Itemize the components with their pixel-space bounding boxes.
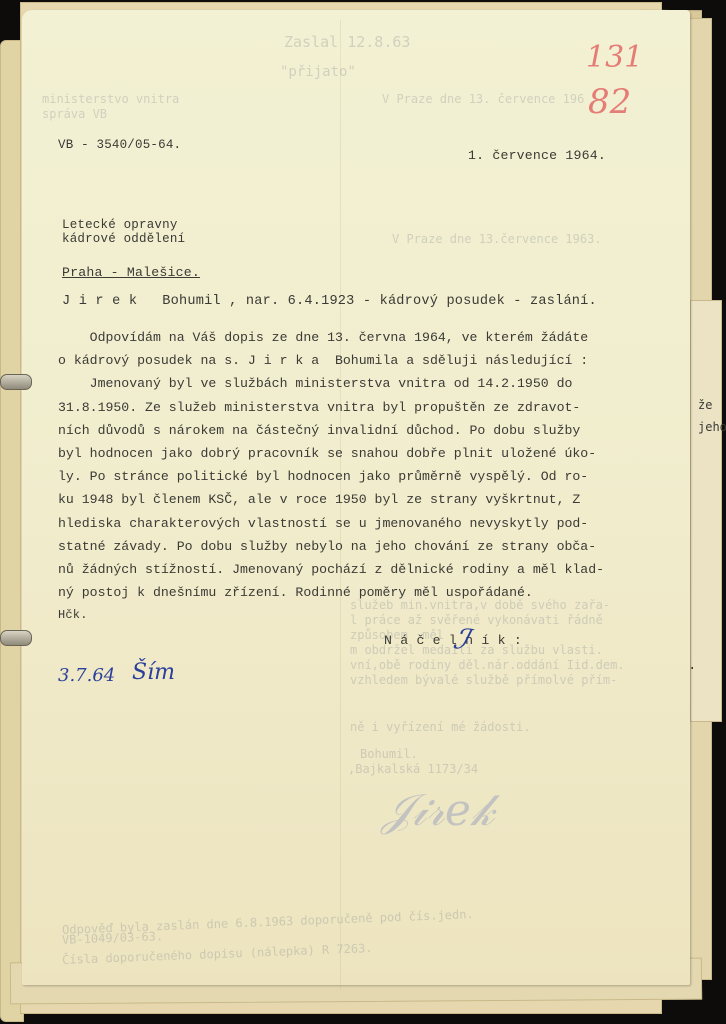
letter-date: 1. července 1964. [468, 148, 606, 163]
bleed-text: ně i vyřízení mé žádosti. [350, 720, 531, 735]
recipient-line-2: kádrové oddělení [62, 232, 185, 246]
binder-ring [0, 630, 32, 646]
body-line: ly. Po stránce politické byl hodnocen ja… [58, 469, 658, 492]
side-page-fragment: jeho [698, 420, 726, 434]
period-mark: . [688, 658, 697, 674]
bleed-text: VB-1049/03-63. [62, 929, 164, 948]
binder-ring [0, 374, 32, 390]
body-line: Odpovídám na Váš dopis ze dne 13. června… [58, 330, 658, 353]
body-line: ný postoj k dnešnímu zřízení. Rodinné po… [58, 585, 658, 608]
bleed-text: Zaslal 12.8.63 [284, 35, 410, 50]
bleed-text: Bohumil. [360, 747, 418, 762]
bleed-text: l práce až svěřené vykonávati řádně [350, 613, 603, 628]
bleed-signature: 𝒥𝒾𝓇𝑒𝓀 [382, 785, 495, 836]
body-line: o kádrový posudek na s. J i r k a Bohumi… [58, 353, 658, 376]
bleed-text: vní,obě rodiny děl.nár.oddání Iid.dem. [350, 658, 625, 673]
bleed-text: správa VB [42, 107, 107, 122]
folio-number-upper: 131 [586, 40, 643, 75]
reference-number: VB - 3540/05-64. [58, 138, 181, 152]
bleed-text: "přijato" [280, 65, 356, 80]
letter-page: Zaslal 12.8.63 "přijato" ministerstvo vn… [22, 10, 690, 985]
bleed-text: V Praze dne 13.července 1963. [392, 232, 602, 247]
body-line: hlediska charakterových vlastností se u … [58, 516, 658, 539]
subject-line: J i r e k Bohumil , nar. 6.4.1923 - kádr… [62, 294, 597, 309]
bleed-text: V Praze dne 13. července 196 [382, 92, 584, 107]
body-line: 31.8.1950. Ze služeb ministerstva vnitra… [58, 400, 658, 423]
recipient-city: Praha - Malešice. [62, 265, 200, 280]
bleed-text: ,Bajkalská 1173/34 [348, 762, 478, 777]
folio-number-lower: 82 [588, 82, 631, 122]
body-line: ních důvodů s nárokem na částečný invali… [58, 423, 658, 446]
body-line: ku 1948 byl členem KSČ, ale v roce 1950 … [58, 492, 658, 515]
letter-body: Odpovídám na Váš dopis ze dne 13. června… [58, 330, 658, 608]
body-line: byl hodnocen jako dobrý pracovník se sna… [58, 446, 658, 469]
body-line: statné závady. Po dobu služby nebylo na … [58, 539, 658, 562]
bleed-text: vzhledem bývalé službě přímolvé přím- [350, 673, 617, 688]
body-line: Jmenovaný byl ve službách ministerstva v… [58, 376, 658, 399]
scanned-document: že jeho Zaslal 12.8.63 "přijato" ministe… [0, 0, 726, 1024]
recipient-line-1: Letecké opravny [62, 218, 178, 232]
side-page-fragment: že [698, 398, 712, 412]
handwritten-initials: Ším [132, 660, 175, 685]
bleed-text: ministerstvo vnitra [42, 92, 179, 107]
typist-initials: Hčk. [58, 608, 88, 622]
body-line: nů žádných stížností. Jmenovaný pochází … [58, 562, 658, 585]
handwritten-date: 3.7.64 [58, 665, 115, 686]
